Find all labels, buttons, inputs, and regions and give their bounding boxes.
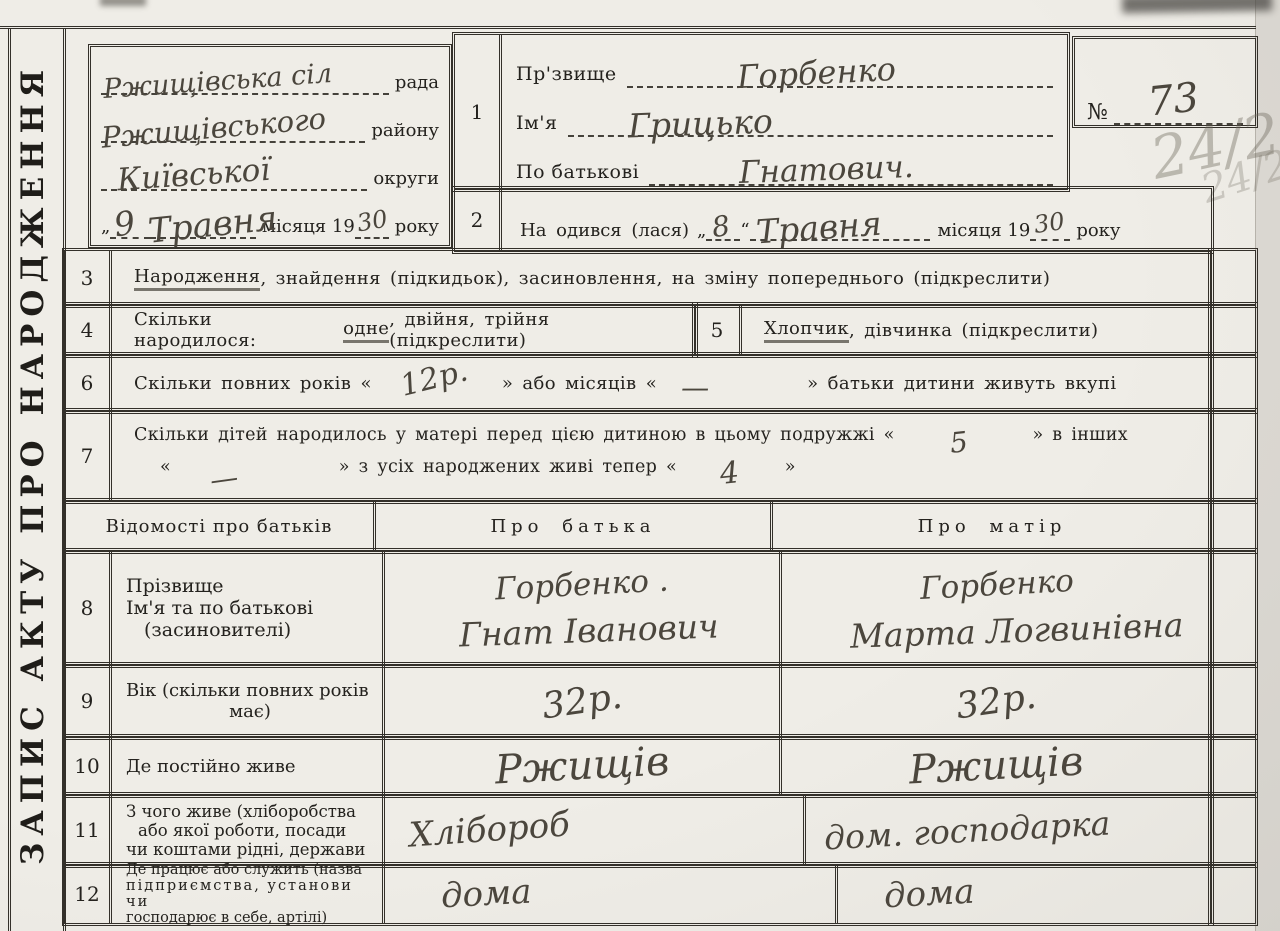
label-cell: З чого живе (хліборобства або якої робот…	[112, 795, 385, 865]
father-name: Гнат Іванович	[459, 606, 720, 654]
underlined-word: Хлопчик	[764, 318, 849, 343]
month-label: місяця 19	[938, 220, 1031, 241]
row-text: Скільки повних років «	[134, 373, 372, 394]
fill-line: Горбенко	[627, 37, 1053, 88]
margin-cell	[1208, 248, 1258, 308]
mother-cell: 32р.	[782, 665, 1211, 737]
how-many-born-text: Скільки народилося: одне, двійня, трійня…	[112, 305, 695, 355]
scan-smudge-top-right	[1122, 0, 1272, 13]
mother-occupation: дом. господарка	[823, 803, 1111, 857]
birth-date-row: 2 На одився (лася) „ 8 “ Травня місяця 1…	[452, 186, 1214, 254]
row-number: 4	[65, 305, 112, 355]
mother-cell: дома	[838, 865, 1211, 923]
fill-line: Гнатович.	[649, 135, 1053, 186]
mother-cell: дом. господарка	[806, 795, 1211, 865]
underlined-word: одне	[343, 318, 389, 343]
birth-day: 8	[710, 209, 732, 244]
label-cell: Прізвище Ім'я та по батькові (засиновите…	[112, 551, 385, 665]
row-number: 8	[65, 551, 112, 665]
father-cell: 32р.	[385, 665, 782, 737]
form-title-vertical: ЗАПИС АКТУ ПРО НАРОДЖЕННЯ	[15, 165, 59, 865]
registrar-box: Ржищівська сіл рада Ржищівського району …	[88, 44, 452, 248]
header-mother: Про матір	[773, 501, 1211, 551]
fill-line: 30	[1030, 239, 1070, 241]
fill-line: Травня	[750, 239, 930, 241]
number-sign: №	[1087, 100, 1108, 125]
okruha-line: Київської округи	[91, 143, 449, 191]
name-label: Ім'я	[516, 112, 558, 137]
year-label: року	[395, 216, 439, 239]
quote-open: „	[697, 220, 706, 241]
quote-close: “	[740, 220, 749, 241]
fill-line: 8	[706, 239, 740, 241]
father-cell: Хлібороб	[385, 795, 806, 865]
year-label: року	[1076, 220, 1120, 241]
years-value: 12р.	[397, 353, 472, 404]
label-line: З чого живе (хліборобства	[126, 802, 374, 821]
row-text: » або місяців «	[502, 373, 657, 394]
row-number: 10	[65, 737, 112, 795]
label-line: чи коштами рідні, держави	[126, 840, 374, 859]
label-line: Прізвище	[126, 575, 374, 597]
line-1: Скільки дітей народилось у матері перед …	[134, 425, 1201, 445]
row-text: Скільки дітей народилось у матері перед …	[134, 425, 895, 445]
margin-cell	[1208, 862, 1258, 926]
parents-age-table-row: 9 Вік (скільки повних років має) 32р. 32…	[62, 662, 1214, 740]
quote-open: „	[101, 216, 110, 239]
row-number: 11	[65, 795, 112, 865]
form-top-border	[0, 26, 1256, 29]
label-line: Вік (скільки повних років	[126, 680, 374, 701]
row-text: Скільки народилося:	[134, 309, 343, 351]
margin-cell	[1208, 498, 1258, 554]
previous-children-text: Скільки дітей народилось у матері перед …	[112, 411, 1211, 501]
row-number: 9	[65, 665, 112, 737]
occupation-row: 11 З чого живе (хліборобства або якої ро…	[62, 792, 1214, 868]
label-line: або якої роботи, посади	[138, 821, 374, 840]
parents-age-row: 6 Скільки повних років « 12р. » або міся…	[62, 352, 1214, 414]
label-cell: Вік (скільки повних років має)	[112, 665, 385, 737]
in-this-marriage-value: 5	[948, 425, 969, 460]
okruha-label: округи	[373, 168, 439, 191]
record-day: 9	[112, 203, 138, 245]
row-number: 5	[695, 305, 742, 355]
father-age: 32р.	[539, 675, 624, 727]
father-cell: Ржищів	[385, 737, 782, 795]
father-surname: Горбенко .	[494, 562, 669, 607]
district-label: району	[371, 120, 439, 143]
birth-month: Травня	[754, 204, 882, 252]
father-cell: Горбенко . Гнат Іванович	[385, 551, 782, 665]
margin-cell	[1208, 352, 1258, 414]
fill-line: Грицько	[568, 86, 1054, 137]
parents-table-header: Відомості про батьків Про батька Про мат…	[62, 498, 1214, 554]
row-text: , дівчинка (підкреслити)	[849, 320, 1098, 341]
birth-type-text: Народження, знайдення (підкидьок), засин…	[112, 251, 1050, 305]
workplace-row: 12 Де працює або служить (назва підприєм…	[62, 862, 1214, 926]
parents-age-text: Скільки повних років « 12р. » або місяці…	[112, 355, 1117, 411]
row-text: » в інших	[1032, 425, 1127, 445]
line-2: « — » з усіх народжених живі тепер « 4 »	[160, 457, 1201, 477]
how-many-born-row: 4 Скільки народилося: одне, двійня, трій…	[62, 302, 698, 358]
patronymic-label: По батькові	[516, 161, 639, 186]
district-line: Ржищівського району	[91, 95, 449, 143]
fill-line: 30	[355, 189, 389, 239]
council-label: рада	[395, 72, 439, 95]
row-text: »	[785, 457, 796, 477]
sex-row: 5 Хлопчик, дівчинка (підкреслити)	[692, 302, 1214, 358]
side-title-column: ЗАПИС АКТУ ПРО НАРОДЖЕННЯ	[8, 29, 66, 931]
row-number: 12	[65, 865, 112, 923]
residence-row: 10 Де постійно живе Ржищів Ржищів	[62, 734, 1214, 798]
father-cell: дома	[385, 865, 838, 923]
row-number: 2	[455, 189, 502, 251]
surname-label: Пр'звище	[516, 63, 617, 88]
label-cell: Де працює або служить (назва підприємств…	[112, 865, 385, 923]
label-line: Де постійно живе	[126, 756, 374, 777]
fill-line: Травня	[150, 189, 256, 239]
header-father: Про батька	[376, 501, 773, 551]
record-date-line: „ 9 Травня місяця 19 30 року	[91, 191, 449, 239]
father-occupation: Хлібороб	[408, 804, 571, 855]
mother-name: Марта Логвинівна	[849, 605, 1184, 656]
label-line: має)	[126, 701, 374, 722]
label-line: (засиновителі)	[144, 619, 374, 641]
record-month: Травня	[147, 198, 280, 251]
father-residence: Ржищів	[494, 738, 670, 793]
header-info: Відомості про батьків	[65, 501, 376, 551]
scanned-birth-record: ЗАПИС АКТУ ПРО НАРОДЖЕННЯ Ржищівська сіл…	[0, 0, 1280, 931]
mother-surname: Горбенко	[919, 562, 1075, 606]
mother-cell: Горбенко Марта Логвинівна	[782, 551, 1211, 665]
record-year: 30	[355, 205, 390, 238]
scan-smudge-top-left	[100, 0, 146, 6]
fill-line: Київської	[101, 141, 367, 191]
label-line: підприємства, установи чи	[126, 878, 374, 910]
alive-now-value: 4	[718, 455, 741, 492]
mother-cell: Ржищів	[782, 737, 1211, 795]
previous-children-row: 7 Скільки дітей народилось у матері пере…	[62, 408, 1214, 504]
margin-cell	[1208, 408, 1258, 504]
mother-residence: Ржищів	[908, 738, 1084, 793]
in-other-marriages-value: —	[208, 460, 241, 497]
fill-line: Ржищівська сіл	[101, 45, 389, 95]
birth-type-row: 3 Народження, знайдення (підкидьок), зас…	[62, 248, 1214, 308]
child-name-box: 1 Пр'звище Горбенко Ім'я Грицько По бать…	[452, 32, 1070, 192]
label-line: господарює в себе, артілі)	[126, 910, 374, 926]
margin-cell	[1208, 548, 1258, 668]
label-line: Ім'я та по батькові	[126, 597, 374, 619]
margin-cell	[1208, 302, 1258, 358]
birth-year: 30	[1033, 207, 1067, 239]
row-number: 6	[65, 355, 112, 411]
label-cell: Де постійно живе	[112, 737, 385, 795]
born-label: На одився (лася)	[520, 220, 689, 241]
council-line: Ржищівська сіл рада	[91, 47, 449, 95]
row-text: » з усіх народжених живі тепер «	[339, 457, 677, 477]
patronymic-line: По батькові Гнатович.	[502, 137, 1067, 186]
father-workplace: дома	[440, 872, 532, 917]
sex-text: Хлопчик, дівчинка (підкреслити)	[742, 305, 1098, 355]
margin-cell	[1208, 662, 1258, 740]
label-line: Де працює або служить (назва	[126, 862, 374, 878]
row-number: 3	[65, 251, 112, 305]
underlined-word: Народження	[134, 266, 260, 291]
mother-age: 32р.	[954, 675, 1039, 727]
row-text: , знайдення (підкидьок), засиновлення, н…	[260, 268, 1050, 289]
patronymic-value: Гнатович.	[739, 148, 915, 190]
mother-workplace: дома	[883, 872, 975, 917]
row-number: 7	[65, 411, 112, 501]
row-text: , двійня, трійня (підкреслити)	[389, 309, 695, 351]
fill-line: 9	[110, 189, 150, 239]
row-number: 1	[455, 35, 502, 189]
surname-line: Пр'звище Горбенко	[502, 39, 1067, 88]
margin-cell	[1208, 734, 1258, 798]
parents-names-row: 8 Прізвище Ім'я та по батькові (засинови…	[62, 548, 1214, 668]
name-line: Ім'я Грицько	[502, 88, 1067, 137]
fill-line: Ржищівського	[101, 93, 365, 143]
months-value: —	[681, 371, 709, 404]
row-text: » батьки дитини живуть вкупі	[807, 373, 1116, 394]
margin-cell	[1208, 792, 1258, 868]
row-text: «	[160, 457, 171, 477]
